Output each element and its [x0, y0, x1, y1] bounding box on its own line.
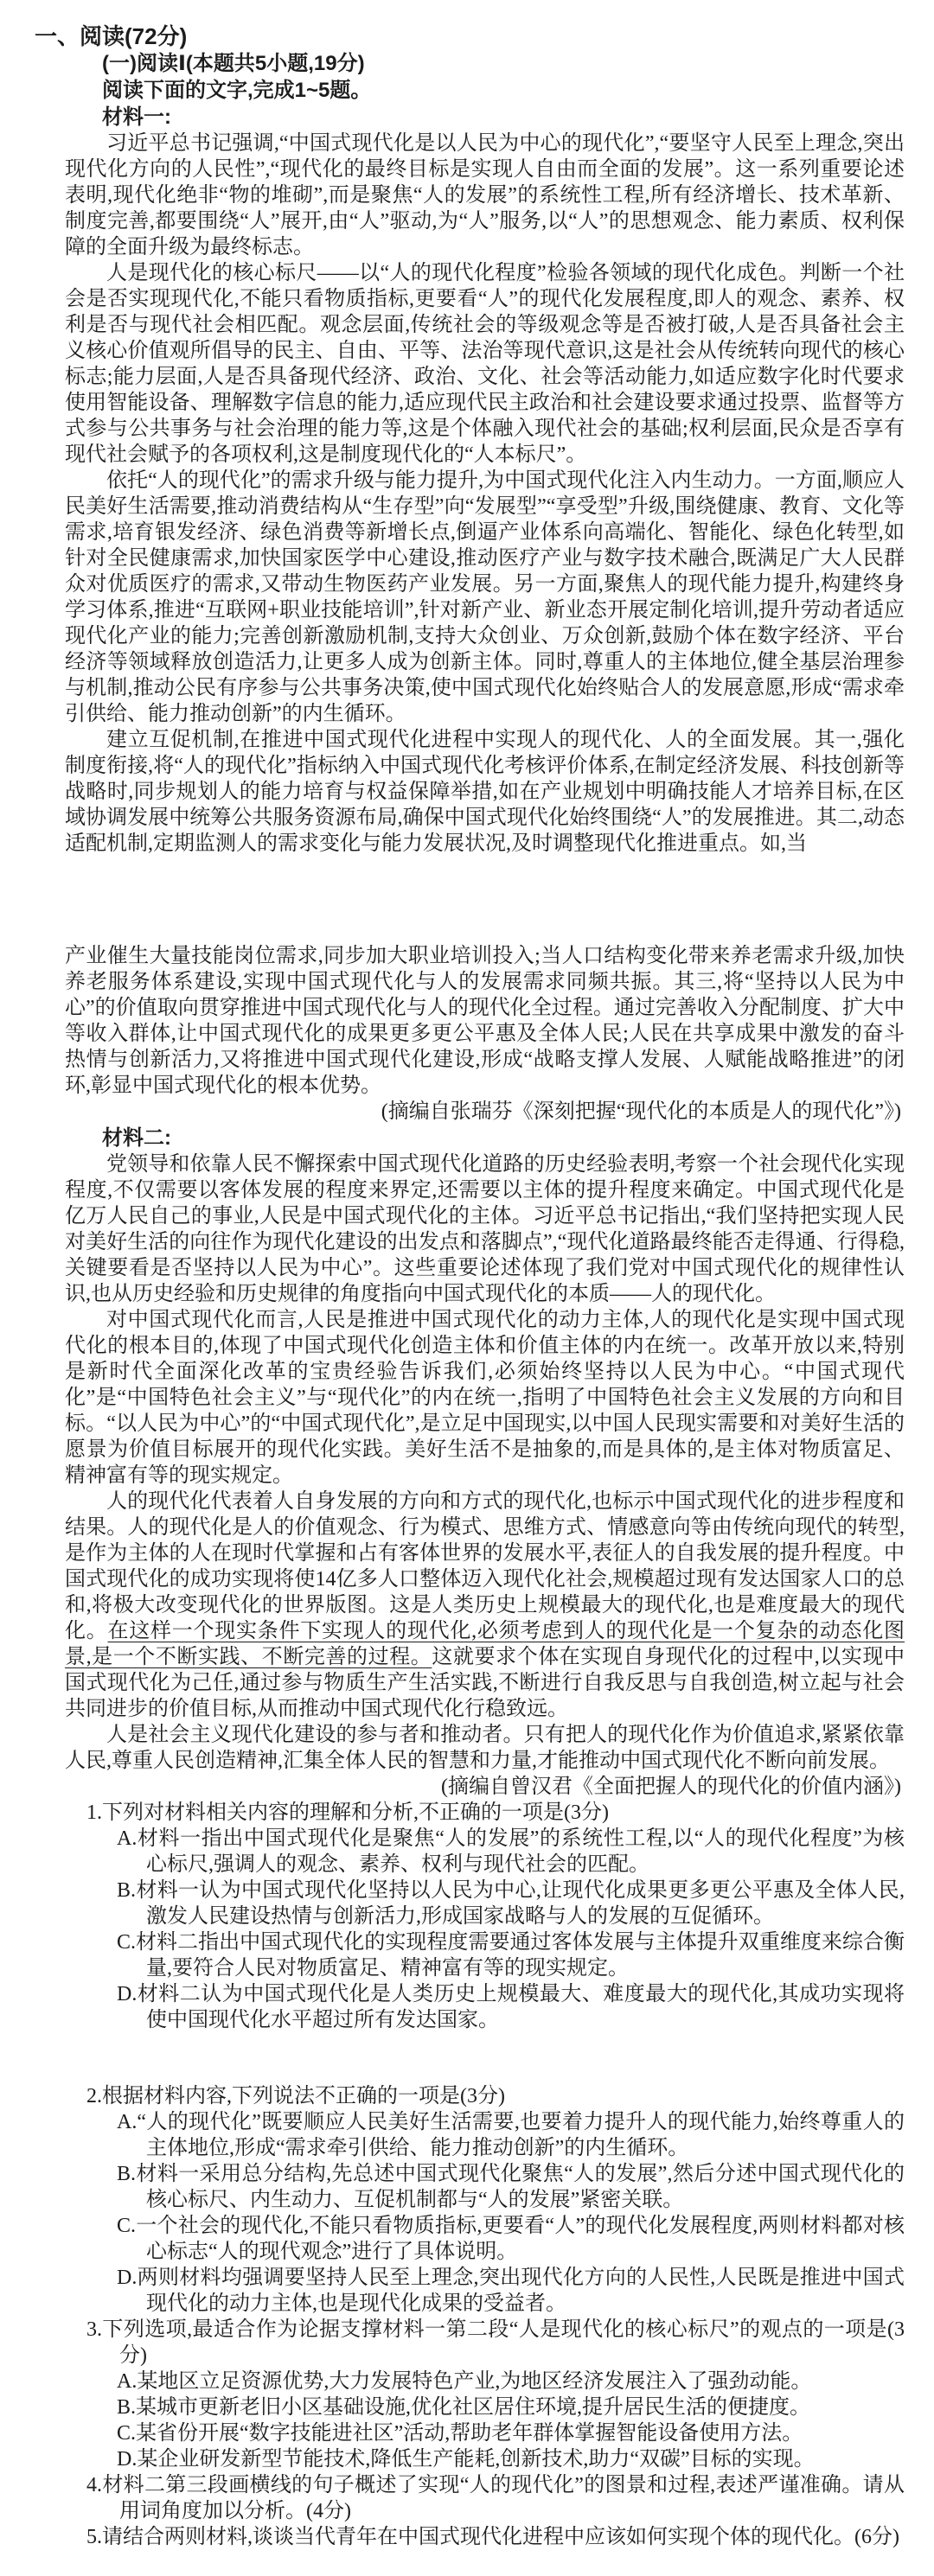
question-option: C.一个社会的现代化,不能只看物质指标,更要看“人”的现代化发展程度,两则材料都…	[117, 2213, 905, 2265]
subsection-heading: (一)阅读Ⅰ(本题共5小题,19分)	[102, 50, 905, 77]
material-one-paragraph-continued: 产业催生大量技能岗位需求,同步加大职业培训投入;当人口结构变化带来养老需求升级,…	[65, 943, 905, 1099]
reading-instruction: 阅读下面的文字,完成1~5题。	[102, 77, 905, 104]
material-two-paragraph: 党领导和依靠人民不懈探索中国式现代化道路的历史经验表明,考察一个社会现代化实现程…	[65, 1151, 905, 1307]
question-block: 1.下列对材料相关内容的理解和分析,不正确的一项是(3分) A.材料一指出中国式…	[35, 1800, 905, 2033]
question-stem: 4.材料二第三段画横线的句子概述了实现“人的现代化”的图景和过程,表述严谨准确。…	[86, 2472, 905, 2524]
material-two-attribution: (摘编自曾汉君《全面把握人的现代化的价值内涵》)	[65, 1774, 905, 1800]
material-one-attribution: (摘编自张瑞芬《深刻把握“现代化的本质是人的现代化”》)	[65, 1099, 905, 1125]
question-block: 2.根据材料内容,下列说法不正确的一项是(3分) A.“人的现代化”既要顺应人民…	[35, 2083, 905, 2317]
question-stem: 5.请结合两则材料,谈谈当代青年在中国式现代化进程中应该如何实现个体的现代化。(…	[86, 2524, 905, 2550]
question-option: A.材料一指出中国式现代化是聚焦“人的发展”的系统性工程,以“人的现代化程度”为…	[117, 1826, 905, 1878]
question-option: B.材料一认为中国式现代化坚持以人民为中心,让现代化成果更多更公平惠及全体人民,…	[117, 1878, 905, 1929]
question-block: 4.材料二第三段画横线的句子概述了实现“人的现代化”的图景和过程,表述严谨准确。…	[35, 2472, 905, 2524]
material-two-label: 材料二:	[102, 1125, 905, 1151]
question-option: B.材料一采用总分结构,先总述中国式现代化聚焦“人的发展”,然后分述中国式现代化…	[117, 2161, 905, 2213]
exam-page: 一、阅读(72分) (一)阅读Ⅰ(本题共5小题,19分) 阅读下面的文字,完成1…	[0, 0, 934, 2576]
material-two-paragraph: 人的现代化代表着人自身发展的方向和方式的现代化,也标示中国式现代化的进步程度和结…	[65, 1489, 905, 1722]
material-one-paragraph: 习近平总书记强调,“中国式现代化是以人民为中心的现代化”,“要坚守人民至上理念,…	[65, 131, 905, 260]
question-gap	[35, 2033, 905, 2083]
question-stem: 1.下列对材料相关内容的理解和分析,不正确的一项是(3分)	[86, 1800, 905, 1826]
material-two-paragraph: 对中国式现代化而言,人民是推进中国式现代化的动力主体,人的现代化是实现中国式现代…	[65, 1307, 905, 1489]
material-two-paragraph: 人是社会主义现代化建设的参与者和推动者。只有把人的现代化作为价值追求,紧紧依靠人…	[65, 1722, 905, 1774]
scan-page-gap	[35, 857, 905, 943]
question-option: D.材料二认为中国式现代化是人类历史上规模最大、难度最大的现代化,其成功实现将使…	[117, 1981, 905, 2033]
question-option: C.某省份开展“数字技能进社区”活动,帮助老年群体掌握智能设备使用方法。	[117, 2420, 905, 2446]
question-option: D.两则材料均强调要坚持人民至上理念,突出现代化方向的人民性,人民既是推进中国式…	[117, 2265, 905, 2317]
question-stem: 2.根据材料内容,下列说法不正确的一项是(3分)	[86, 2083, 905, 2109]
question-option: C.材料二指出中国式现代化的实现程度需要通过客体发展与主体提升双重维度来综合衡量…	[117, 1929, 905, 1981]
material-one-paragraph: 依托“人的现代化”的需求升级与能力提升,为中国式现代化注入内生动力。一方面,顺应…	[65, 468, 905, 727]
section-heading: 一、阅读(72分)	[35, 22, 905, 50]
material-one-label: 材料一:	[102, 104, 905, 131]
question-option: B.某城市更新老旧小区基础设施,优化社区居住环境,提升居民生活的便捷度。	[117, 2394, 905, 2420]
question-option: D.某企业研发新型节能技术,降低生产能耗,创新技术,助力“双碳”目标的实现。	[117, 2446, 905, 2472]
question-stem: 3.下列选项,最适合作为论据支撑材料一第二段“人是现代化的核心标尺”的观点的一项…	[86, 2317, 905, 2369]
question-option: A.某地区立足资源优势,大力发展特色产业,为地区经济发展注入了强劲动能。	[117, 2369, 905, 2394]
material-one-paragraph: 人是现代化的核心标尺——以“人的现代化程度”检验各领域的现代化成色。判断一个社会…	[65, 260, 905, 468]
question-block: 5.请结合两则材料,谈谈当代青年在中国式现代化进程中应该如何实现个体的现代化。(…	[35, 2524, 905, 2550]
question-block: 3.下列选项,最适合作为论据支撑材料一第二段“人是现代化的核心标尺”的观点的一项…	[35, 2317, 905, 2472]
question-option: A.“人的现代化”既要顺应人民美好生活需要,也要着力提升人的现代能力,始终尊重人…	[117, 2109, 905, 2161]
material-one-paragraph: 建立互促机制,在推进中国式现代化进程中实现人的现代化、人的全面发展。其一,强化制…	[65, 727, 905, 857]
